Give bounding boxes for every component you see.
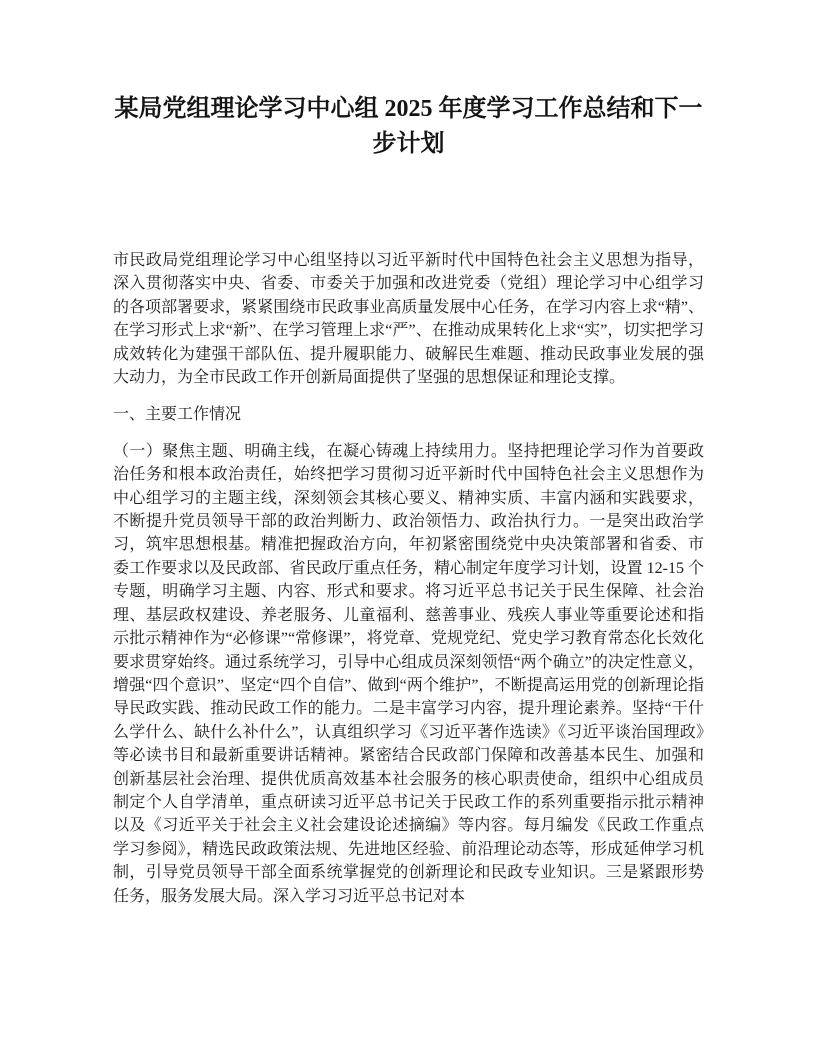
document-title: 某局党组理论学习中心组 2025 年度学习工作总结和下一步计划 [113,92,704,162]
section-heading: 一、主要工作情况 [113,403,704,426]
section-paragraph: （一）聚焦主题、明确主线，在凝心铸魂上持续用力。坚持把理论学习作为首要政治任务和… [113,440,704,908]
intro-paragraph: 市民政局党组理论学习中心组坚持以习近平新时代中国特色社会主义思想为指导，深入贯彻… [113,249,704,389]
document-page: 某局党组理论学习中心组 2025 年度学习工作总结和下一步计划 市民政局党组理论… [0,0,816,1056]
